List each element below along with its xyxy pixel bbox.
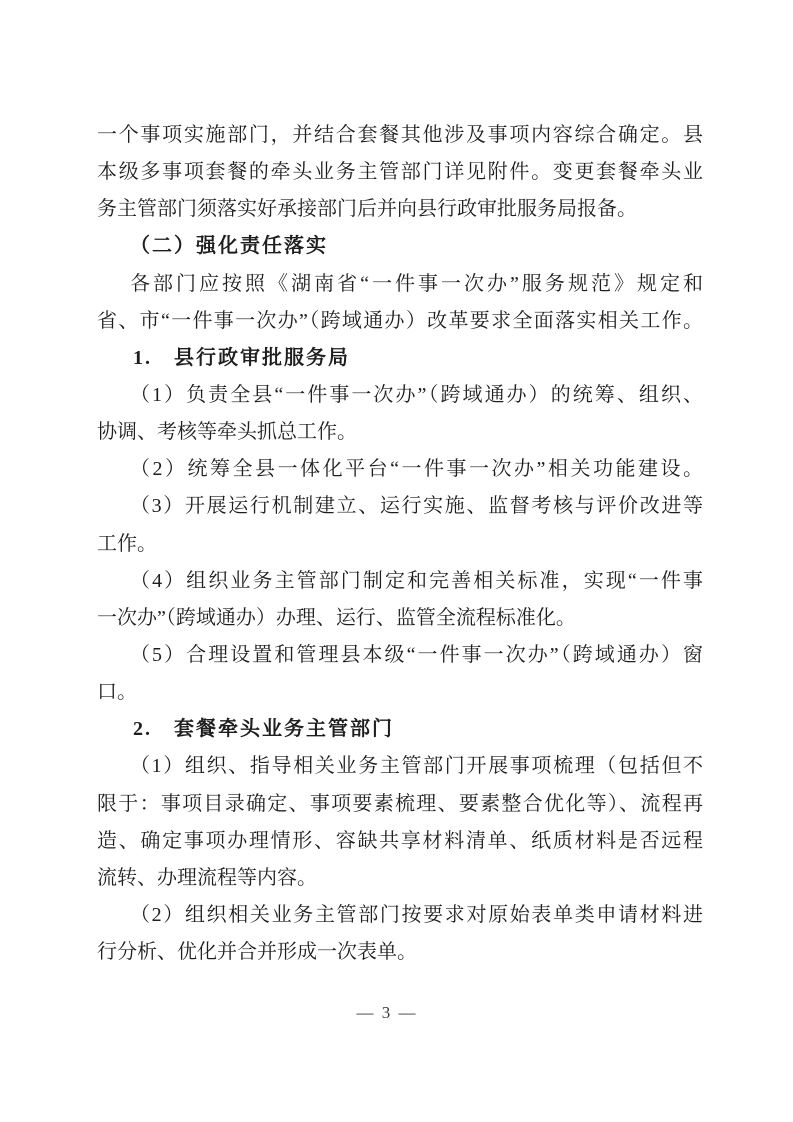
text-line: 协调、考核等牵头抓总工作。	[97, 414, 703, 451]
text-line: （5）合理设置和管理县本级“一件事一次办”（跨域通办）窗	[97, 637, 703, 674]
text-line: （1）负责全县“一件事一次办”（跨域通办）的统筹、组织、	[97, 377, 703, 414]
text-line: 造、确定事项办理情形、容缺共享材料清单、纸质材料是否远程	[97, 823, 703, 860]
text-line: 流转、办理流程等内容。	[97, 860, 703, 897]
text-line: 行分析、优化并合并形成一次表单。	[97, 934, 703, 971]
text-line: （1）组织、指导相关业务主管部门开展事项梳理（包括但不	[97, 748, 703, 785]
document-body: 一个事项实施部门，并结合套餐其他涉及事项内容综合确定。县 本级多事项套餐的牵头业…	[97, 117, 703, 971]
text-line: 各部门应按照《湖南省“一件事一次办”服务规范》规定和	[97, 266, 703, 303]
numbered-heading: 2. 套餐牵头业务主管部门	[97, 711, 703, 748]
text-line: （2）统筹全县一体化平台“一件事一次办”相关功能建设。	[97, 451, 703, 488]
page-number: — 3 —	[97, 1001, 677, 1025]
text-line: 务主管部门须落实好承接部门后并向县行政审批服务局报备。	[97, 191, 703, 228]
text-line: 一次办”（跨域通办）办理、运行、监管全流程标准化。	[97, 600, 703, 637]
text-line: （2）组织相关业务主管部门按要求对原始表单类申请材料进	[97, 897, 703, 934]
text-line: 限于：事项目录确定、事项要素梳理、要素整合优化等）、流程再	[97, 786, 703, 823]
text-line: 一个事项实施部门，并结合套餐其他涉及事项内容综合确定。县	[97, 117, 703, 154]
section-heading: （二）强化责任落实	[97, 228, 703, 265]
text-line: （4）组织业务主管部门制定和完善相关标准，实现“一件事	[97, 563, 703, 600]
numbered-heading: 1. 县行政审批服务局	[97, 340, 703, 377]
text-line: 口。	[97, 674, 703, 711]
text-line: 省、市“一件事一次办”（跨域通办）改革要求全面落实相关工作。	[97, 303, 703, 340]
text-line: 本级多事项套餐的牵头业务主管部门详见附件。变更套餐牵头业	[97, 154, 703, 191]
text-line: 工作。	[97, 526, 703, 563]
text-line: （3）开展运行机制建立、运行实施、监督考核与评价改进等	[97, 488, 703, 525]
document-page: 一个事项实施部门，并结合套餐其他涉及事项内容综合确定。县 本级多事项套餐的牵头业…	[0, 0, 793, 1122]
